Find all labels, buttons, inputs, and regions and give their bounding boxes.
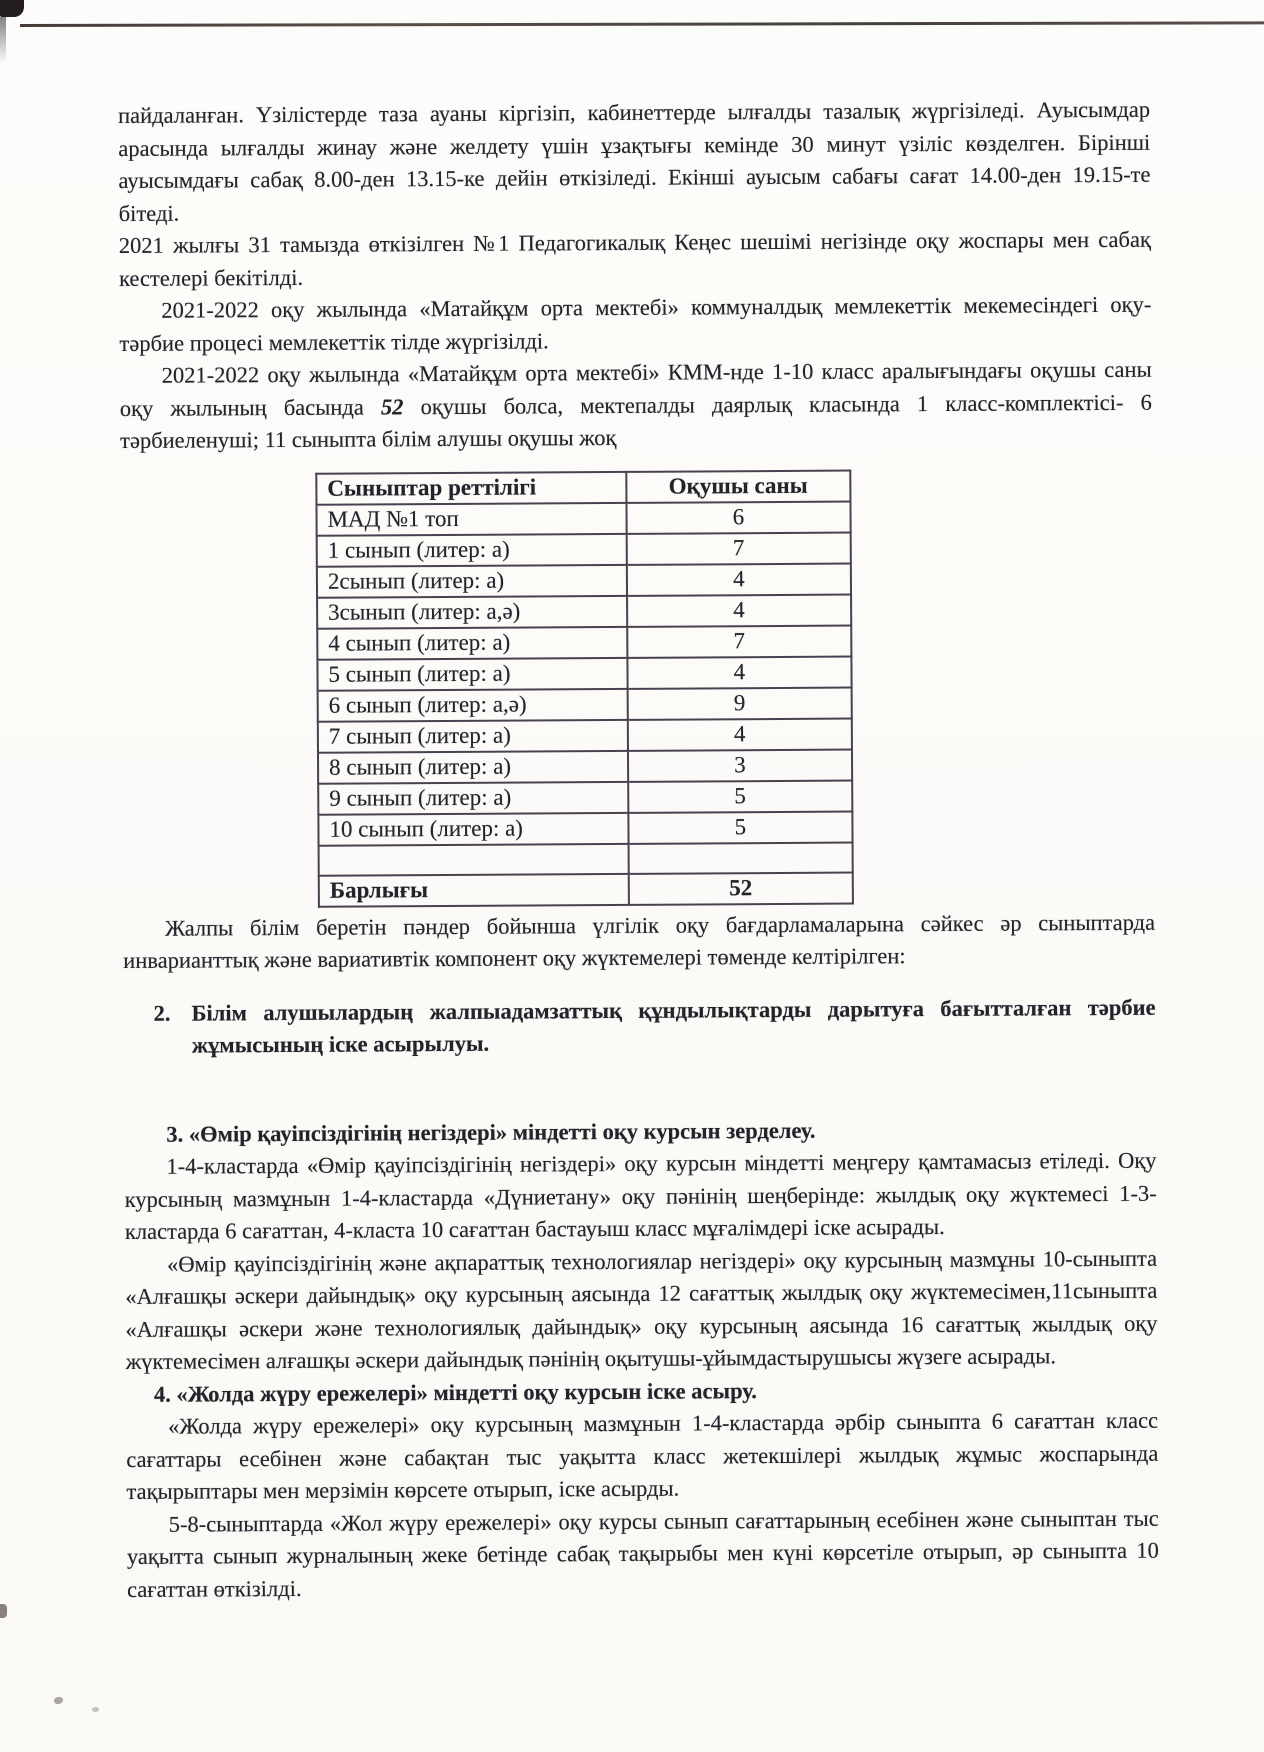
scan-artifact-speck — [54, 1697, 63, 1704]
section-2-number: 2. — [153, 997, 191, 1062]
table-row: 10 сынып (литер: а)5 — [318, 811, 852, 845]
student-count-cell: 6 — [626, 501, 850, 533]
table-row: 6 сынып (литер: а,ә)9 — [318, 687, 852, 721]
document-content: пайдаланған. Үзілістерде таза ауаны кірг… — [118, 94, 1159, 1606]
student-count-cell: 4 — [627, 656, 851, 688]
class-name-cell: МАД №1 топ — [316, 502, 626, 535]
class-name-cell: 5 сынып (литер: а) — [317, 657, 627, 690]
paragraph-shifts-schedule: пайдаланған. Үзілістерде таза ауаны кірг… — [118, 94, 1151, 230]
class-name-cell: 4 сынып (литер: а) — [317, 626, 627, 659]
class-name-cell — [319, 843, 629, 875]
enrollment-count: 52 — [381, 394, 404, 419]
table-row: 8 сынып (литер: а)3 — [318, 749, 852, 783]
total-value-cell: 52 — [628, 872, 852, 904]
class-name-cell: 9 сынып (литер: а) — [318, 781, 628, 814]
column-header-class-order: Сыныптар реттілігі — [316, 471, 626, 504]
student-count-cell: 4 — [627, 563, 851, 595]
class-name-cell: 6 сынып (литер: а,ә) — [318, 688, 628, 721]
paragraph-life-safety-senior: «Өмір қауіпсіздігінің және ақпараттық те… — [125, 1242, 1158, 1378]
student-count-cell: 4 — [628, 718, 852, 750]
student-count-cell — [628, 842, 852, 873]
student-count-cell: 7 — [627, 625, 851, 657]
column-header-student-count: Оқушы саны — [626, 470, 850, 502]
table-row: 9 сынып (литер: а)5 — [318, 780, 852, 814]
paragraph-language-of-instruction: 2021-2022 оқу жылында «Матайқұм орта мек… — [119, 289, 1151, 360]
paragraph-life-safety-primary: 1-4-кластарда «Өмір қауіпсіздігінің негі… — [124, 1145, 1157, 1249]
section-2-title: Білім алушылардың жалпыадамзаттық құндыл… — [191, 991, 1155, 1062]
table-row: МАД №1 топ6 — [316, 501, 850, 535]
scan-artifact-left-edge-mark — [0, 1604, 7, 1618]
table-row: 3сынып (литер: а,ә)4 — [317, 594, 851, 628]
scan-artifact-corner-blob — [0, 0, 24, 17]
student-count-cell: 5 — [628, 780, 852, 812]
table-row: 1 сынып (литер: а)7 — [317, 532, 851, 566]
paragraph-pedagogical-council: 2021 жылғы 31 тамызда өткізілген №1 Педа… — [119, 224, 1151, 295]
paragraph-enrollment: 2021-2022 оқу жылында «Матайқұм орта мек… — [120, 354, 1153, 458]
total-label-cell: Барлығы — [319, 873, 629, 906]
class-name-cell: 10 сынып (литер: а) — [318, 812, 628, 845]
table-row: 5 сынып (литер: а)4 — [317, 656, 851, 690]
student-count-cell: 3 — [628, 749, 852, 781]
student-count-cell: 9 — [627, 687, 851, 719]
section-heading-2: 2. Білім алушылардың жалпыадамзаттық құн… — [123, 991, 1155, 1062]
table-row-total: Барлығы52 — [319, 872, 853, 906]
table-row: 7 сынып (литер: а)4 — [318, 718, 852, 752]
student-count-cell: 7 — [626, 532, 850, 564]
class-enrollment-table: Сыныптар реттілігі Оқушы саны МАД №1 топ… — [315, 469, 854, 907]
student-count-cell: 4 — [627, 594, 851, 626]
class-name-cell: 3сынып (литер: а,ә) — [317, 595, 627, 628]
scan-artifact-speck — [92, 1707, 99, 1712]
paragraph-curriculum-loads: Жалпы білім беретін пәндер бойынша үлгіл… — [123, 906, 1155, 977]
class-name-cell: 2сынып (литер: а) — [317, 564, 627, 597]
class-name-cell: 7 сынып (литер: а) — [318, 719, 628, 752]
table-row: 4 сынып (литер: а)7 — [317, 625, 851, 659]
class-name-cell: 1 сынып (литер: а) — [317, 533, 627, 566]
scan-artifact-top-edge-line — [20, 21, 1264, 26]
student-count-cell: 5 — [628, 811, 852, 843]
table-header-row: Сыныптар реттілігі Оқушы саны — [316, 470, 850, 504]
paragraph-road-rules-5-8: 5-8-сыныптарда «Жол жүру ережелері» оқу … — [127, 1502, 1160, 1606]
table-row: 2сынып (литер: а)4 — [317, 563, 851, 597]
paragraph-road-rules-primary: «Жолда жүру ережелері» оқу курсының мазм… — [126, 1405, 1159, 1509]
scanned-document-page: пайдаланған. Үзілістерде таза ауаны кірг… — [0, 0, 1264, 1752]
class-name-cell: 8 сынып (литер: а) — [318, 750, 628, 783]
table-row-empty — [319, 842, 853, 875]
